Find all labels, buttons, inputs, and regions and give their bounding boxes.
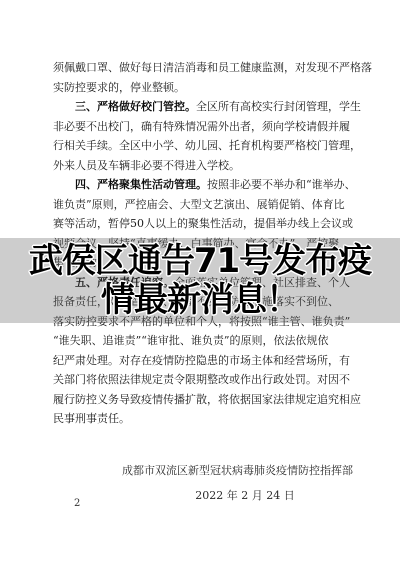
document-line: 行相关手续。全区中小学、幼儿园、托育机构要严格校门管理， [53,136,373,156]
document-line: 民事刑事责任。 [53,409,373,429]
page-number: 2 [74,498,80,509]
headline-overlay: 武侯区通告71号发布疫 情最新消息！ [0,238,400,323]
document-line: 赛等活动，暂停50人以上的聚集性活动，提倡举办线上会议或 [53,214,373,234]
document-line: 谁负责”原则，严控庙会、大型文艺演出、展销促销、体育比 [53,195,373,215]
issuing-authority-signature: 成都市双流区新型冠状病毒肺炎疫情防控指挥部 [0,462,353,478]
document-line: 外来人员及车辆非必要不得进入学校。 [53,156,373,176]
document-line: 须佩戴口罩、做好每日清洁消毒和员工健康监测，对发现不严格落 [53,58,373,78]
notice-date: 2022 年 2 月 24 日 [90,487,400,503]
document-line-heading-3: 三、严格做好校门管控。全区所有高校实行封闭管理，学生 [53,97,373,117]
document-line: 纪严肃处理。对存在疫情防控隐患的市场主体和经营场所，有 [53,351,373,371]
document-line: 实防控要求的，停业整顿。 [53,78,373,98]
notice-photo: 须佩戴口罩、做好每日清洁消毒和员工健康监测，对发现不严格落 实防控要求的，停业整… [0,0,400,565]
document-line: 关部门将依照法律规定责令限期整改或作出行政处罚。对因不 [53,370,373,390]
document-line: “谁失职、追谁责”“谁审批、谁负责”的原则，依法依规依 [53,331,373,351]
document-line: 非必要不出校门，确有特殊情况需外出者，须向学校请假并履 [53,117,373,137]
document-line: 履行防控义务导致疫情传播扩散，将依据国家法律规定追究相应 [53,390,373,410]
headline-line-1: 武侯区通告71号发布疫 [29,242,371,281]
headline-line-2: 情最新消息！ [101,281,299,320]
document-line-heading-4: 四、严格聚集性活动管理。按照非必要不举办和“谁举办、 [53,175,373,195]
